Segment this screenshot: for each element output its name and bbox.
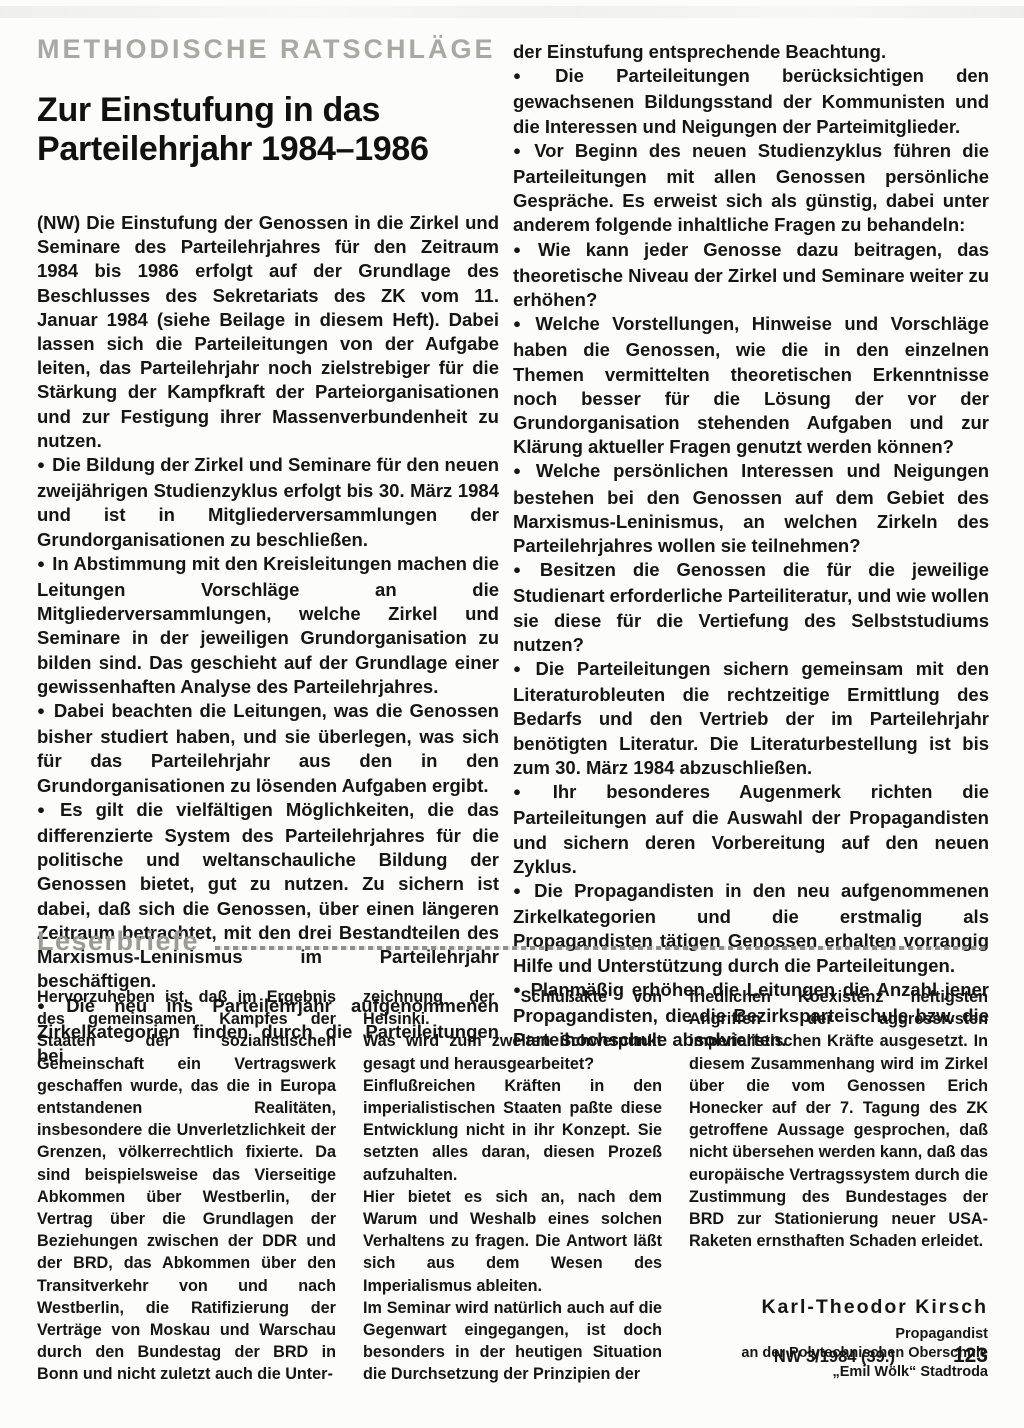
paragraph: ●Besitzen die Genossen die für die jewei… [513,558,989,657]
paragraph: Hier bietet es sich an, nach dem Warum u… [363,1186,662,1297]
paragraph: Was wird zum zweiten Schwerpunkt gesagt … [363,1030,662,1074]
letters-title: Leserbriefe [37,928,199,955]
page-number: 123 [953,1344,988,1368]
bullet-icon: ● [37,457,45,472]
bullet-icon: ● [37,802,53,817]
article-title: Zur Einstufung in das Parteilehrjahr 198… [37,91,499,169]
paragraph: Hervorzuheben ist, daß im Ergebnis des g… [37,986,336,1386]
paragraph: ●Ihr besonderes Augenmerk richten die Pa… [513,780,989,879]
bullet-icon: ● [513,784,546,799]
paragraph: zeichnung der Schlußakte von Helsinki. [363,986,662,1030]
paragraph: ●Es gilt die vielfältigen Möglichkeiten,… [37,798,499,994]
letters-column-2: zeichnung der Schlußakte von Helsinki.Wa… [363,986,662,1386]
paragraph: ●Wie kann jeder Genosse dazu beitragen, … [513,238,989,313]
article-body-right: der Einstufung entsprechende Beachtung.●… [513,40,989,1052]
bullet-icon: ● [513,463,529,478]
paragraph: friedlichen Koexistenz heftigsten Angrif… [689,986,988,1252]
bullet-icon: ● [513,661,528,676]
paragraph: ●In Abstimmung mit den Kreisleitungen ma… [37,552,499,699]
paragraph: (NW) Die Einstufung der Genossen in die … [37,211,499,453]
article-title-line2: Parteilehrjahr 1984–1986 [37,130,499,169]
bullet-icon: ● [513,316,528,331]
letters-section-header: Leserbriefe [37,928,988,955]
paragraph: der Einstufung entsprechende Beachtung. [513,40,989,64]
bullet-icon: ● [513,562,533,577]
page-footer: NW 3/1984 (39.) 123 [0,1344,988,1368]
scan-artifact-band [0,6,1024,18]
signature-role: Propagandist [689,1325,988,1344]
paragraph: ●Die Bildung der Zirkel und Seminare für… [37,453,499,552]
issue-label: NW 3/1984 (39.) [774,1348,895,1367]
section-kicker: METHODISCHE RATSCHLÄGE [37,34,499,65]
signature-name: Karl-Theodor Kirsch [689,1296,988,1319]
bullet-icon: ● [513,883,527,898]
bullet-icon: ● [513,242,531,257]
paragraph: ●Die Parteileitungen berücksichtigen den… [513,64,989,139]
decorative-rule [215,946,988,950]
paragraph: Im Seminar wird natürlich auch auf die G… [363,1297,662,1386]
bullet-icon: ● [513,68,548,83]
paragraph: ●Vor Beginn des neuen Studienzyklus führ… [513,139,989,238]
article-left-column: METHODISCHE RATSCHLÄGE Zur Einstufung in… [37,34,499,1068]
paragraph: ●Welche Vorstellungen, Hinweise und Vors… [513,312,989,459]
letters-column-3: friedlichen Koexistenz heftigsten Angrif… [689,986,988,1386]
bullet-icon: ● [37,556,45,571]
letters-column-1: Hervorzuheben ist, daß im Ergebnis des g… [37,986,336,1386]
article-title-line1: Zur Einstufung in das [37,91,499,130]
paragraph: ●Welche persönlichen Interessen und Neig… [513,459,989,558]
letter-signature: Karl-Theodor Kirsch Propagandist an der … [689,1296,988,1382]
letters-column-3-text: friedlichen Koexistenz heftigsten Angrif… [689,986,988,1252]
paragraph: ●Dabei beachten die Leitungen, was die G… [37,699,499,798]
paragraph: ●Die Parteileitungen sichern gemeinsam m… [513,657,989,780]
magazine-page: METHODISCHE RATSCHLÄGE Zur Einstufung in… [0,0,1024,1428]
bullet-icon: ● [37,703,47,718]
bullet-icon: ● [513,143,527,158]
letters-columns: Hervorzuheben ist, daß im Ergebnis des g… [37,986,988,1386]
paragraph: Einflußreichen Kräften in den imperialis… [363,1075,662,1186]
